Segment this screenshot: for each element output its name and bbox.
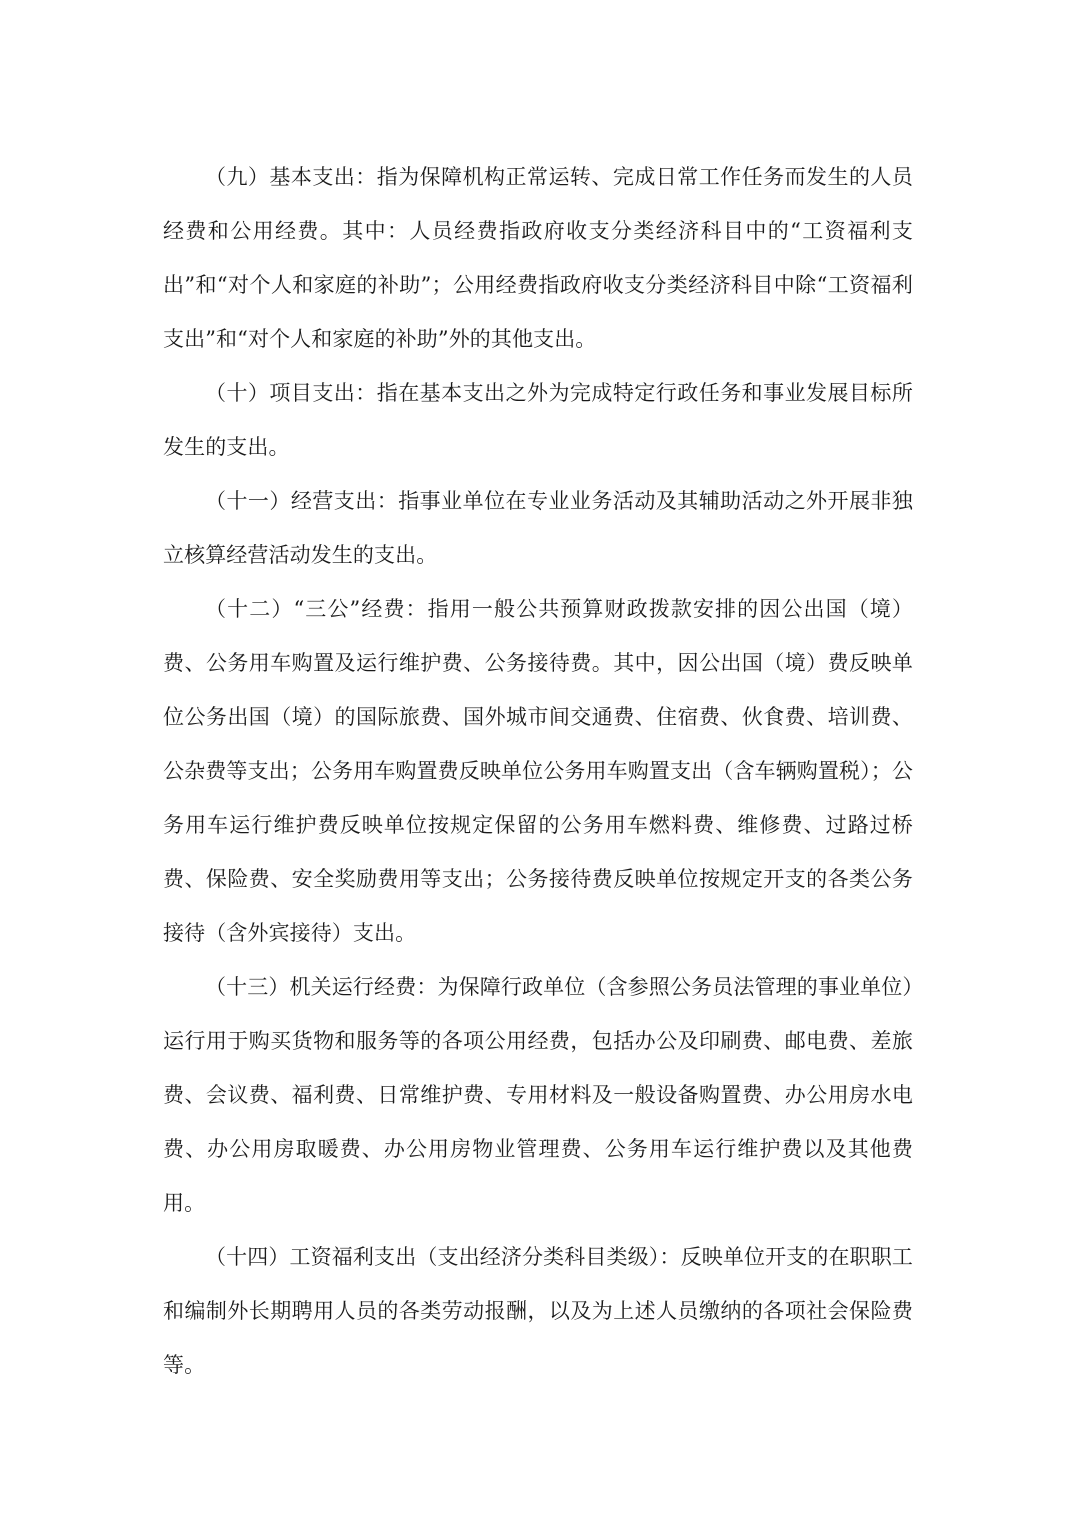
term-heading: 基本支出： bbox=[269, 165, 376, 189]
item-number: （十） bbox=[205, 381, 269, 405]
definition-text: 为保障行政单位（含参照公务员法管理的事业单位）运行用于购买货物和服务等的各项公用… bbox=[163, 975, 913, 1215]
document-page: （九）基本支出：指为保障机构正常运转、完成日常工作任务而发生的人员经费和公用经费… bbox=[163, 150, 913, 1392]
definition-text: 指为保障机构正常运转、完成日常工作任务而发生的人员经费和公用经费。其中：人员经费… bbox=[163, 165, 913, 351]
item-number: （十二） bbox=[205, 597, 293, 621]
term-heading: 经营支出： bbox=[291, 489, 398, 513]
paragraph-agency-operating-funds: （十三）机关运行经费：为保障行政单位（含参照公务员法管理的事业单位）运行用于购买… bbox=[163, 960, 913, 1230]
item-number: （九） bbox=[205, 165, 269, 189]
paragraph-project-expenditure: （十）项目支出：指在基本支出之外为完成特定行政任务和事业发展目标所发生的支出。 bbox=[163, 366, 913, 474]
term-heading: 项目支出： bbox=[269, 381, 376, 405]
paragraph-operating-expenditure: （十一）经营支出：指事业单位在专业业务活动及其辅助活动之外开展非独立核算经营活动… bbox=[163, 474, 913, 582]
paragraph-basic-expenditure: （九）基本支出：指为保障机构正常运转、完成日常工作任务而发生的人员经费和公用经费… bbox=[163, 150, 913, 366]
item-number: （十四） bbox=[205, 1245, 290, 1269]
term-heading: 工资福利支出（支出经济分类科目类级）： bbox=[290, 1245, 681, 1269]
paragraph-wage-welfare-expenditure: （十四）工资福利支出（支出经济分类科目类级）：反映单位开支的在职职工和编制外长期… bbox=[163, 1230, 913, 1392]
item-number: （十三） bbox=[205, 975, 290, 999]
term-heading: 机关运行经费： bbox=[290, 975, 438, 999]
item-number: （十一） bbox=[205, 489, 291, 513]
definition-text: 指用一般公共预算财政拨款安排的因公出国（境）费、公务用车购置及运行维护费、公务接… bbox=[163, 597, 913, 945]
paragraph-three-public-expenses: （十二）“三公”经费：指用一般公共预算财政拨款安排的因公出国（境）费、公务用车购… bbox=[163, 582, 913, 960]
term-heading: “三公”经费： bbox=[293, 597, 427, 621]
